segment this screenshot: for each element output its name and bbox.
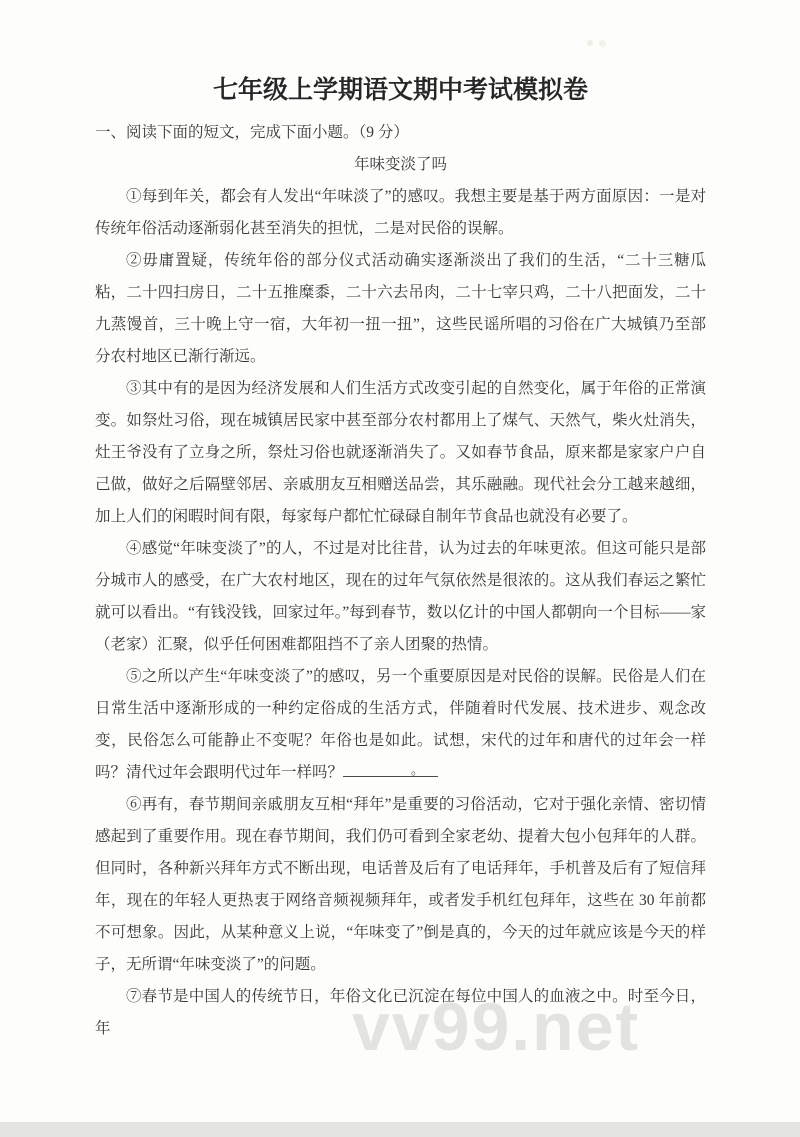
paragraph-1: ①每到年关，都会有人发出“年味淡了”的感叹。我想主要是基于两方面原因：一是对传统… <box>95 181 706 245</box>
document-content: 七年级上学期语文期中考试模拟卷 一、阅读下面的短文，完成下面小题。（9 分） 年… <box>95 0 706 1045</box>
reading-passage: 年味变淡了吗 ①每到年关，都会有人发出“年味淡了”的感叹。我想主要是基于两方面原… <box>95 149 706 1045</box>
passage-title: 年味变淡了吗 <box>95 149 706 181</box>
exam-paper-page: 七年级上学期语文期中考试模拟卷 一、阅读下面的短文，完成下面小题。（9 分） 年… <box>0 0 800 1137</box>
paragraph-4: ④感觉“年味变淡了”的人，不过是对比往昔，认为过去的年味更浓。但这可能只是部分城… <box>95 533 706 661</box>
paragraph-6: ⑥再有，春节期间亲戚朋友互相“拜年”是重要的习俗活动，它对于强化亲情、密切情感起… <box>95 789 706 981</box>
watermark: vv99.net <box>352 993 640 1061</box>
section-heading: 一、阅读下面的短文，完成下面小题。（9 分） <box>95 117 706 149</box>
paragraph-3: ③其中有的是因为经济发展和人们生活方式改变引起的自然变化，属于年俗的正常演变。如… <box>95 373 706 533</box>
fill-in-blank: 。 <box>343 763 438 777</box>
paragraph-2: ②毋庸置疑，传统年俗的部分仪式活动确实逐渐淡出了我们的生活，“二十三糖瓜粘，二十… <box>95 245 706 373</box>
bottom-edge-strip <box>0 1122 800 1137</box>
paragraph-5: ⑤之所以产生“年味变淡了”的感叹，另一个重要原因是对民俗的误解。民俗是人们在日常… <box>95 661 706 789</box>
page-title: 七年级上学期语文期中考试模拟卷 <box>95 0 706 106</box>
